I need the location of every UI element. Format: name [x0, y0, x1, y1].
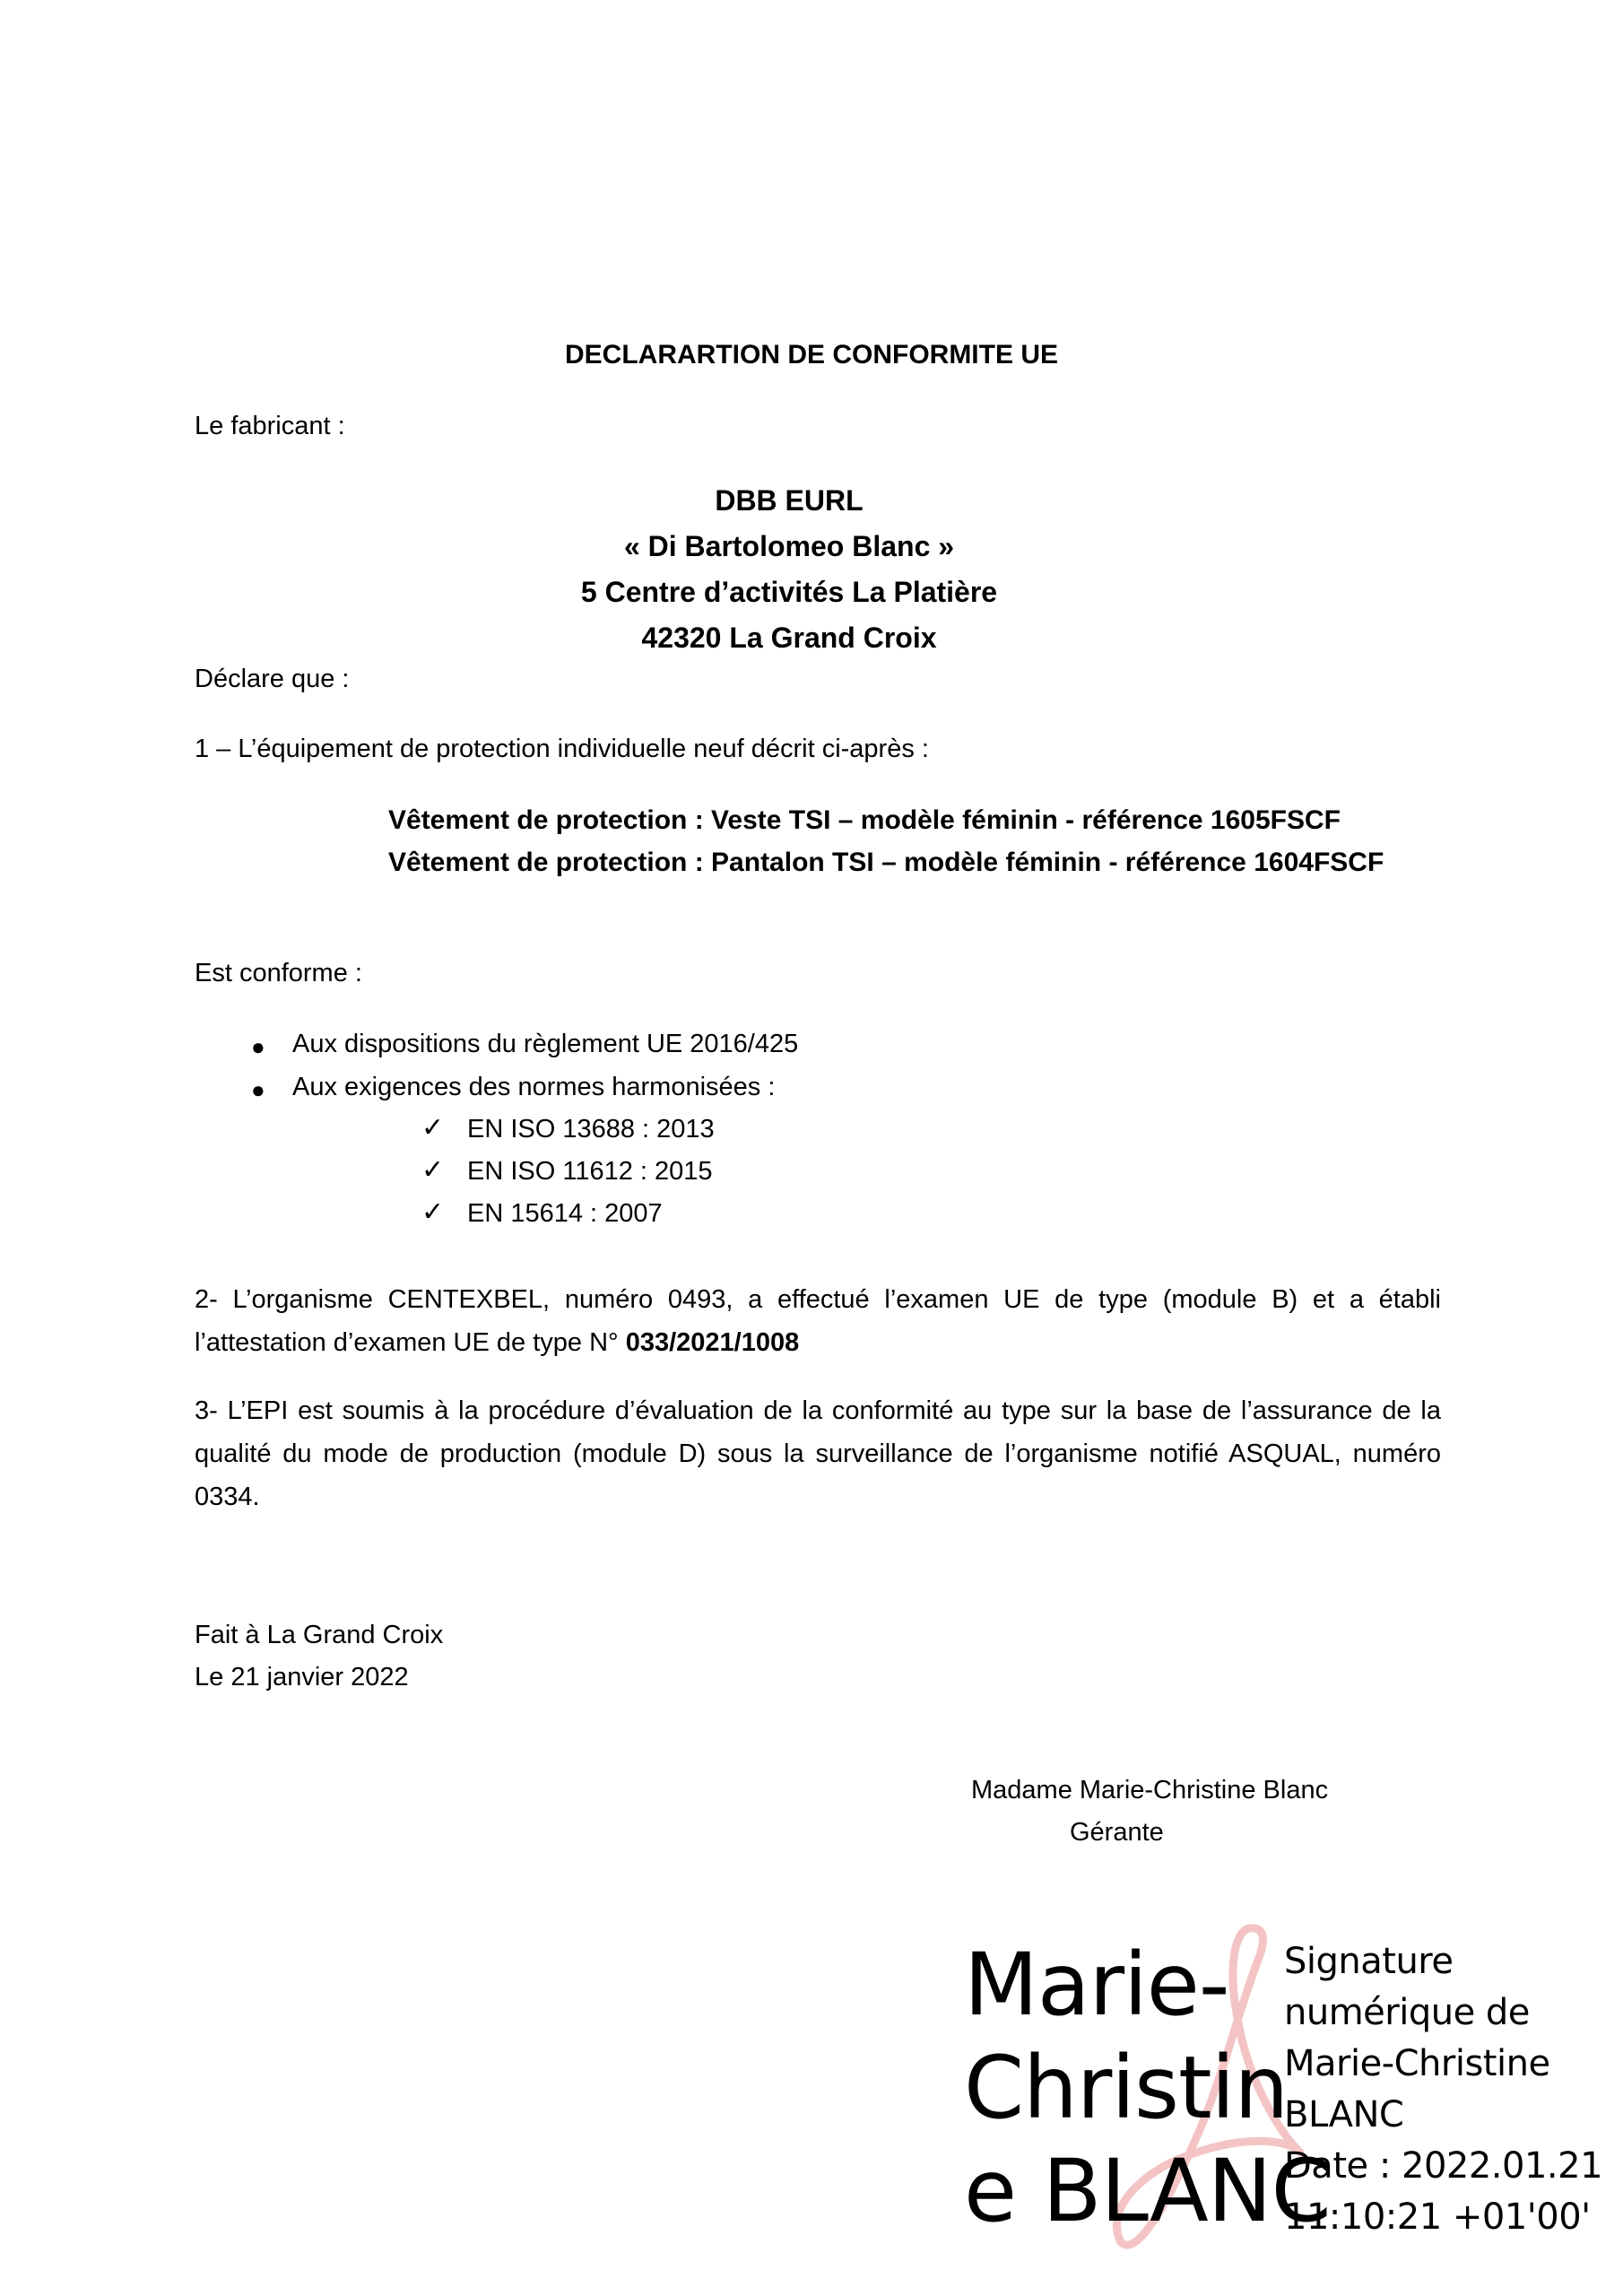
manufacturer-trade-name: « Di Bartolomeo Blanc »	[0, 530, 1601, 563]
section2-paragraph: 2- L’organisme CENTEXBEL, numéro 0493, a…	[195, 1278, 1441, 1364]
signature-info-line: numérique de	[1284, 1987, 1530, 2039]
product-line: Vêtement de protection : Pantalon TSI – …	[388, 848, 1384, 878]
section1-intro: 1 – L’équipement de protection individue…	[195, 736, 929, 762]
signature-info-line: BLANC	[1284, 2090, 1403, 2141]
bullet-icon: ●	[251, 1033, 265, 1061]
document-title: DECLARARTION DE CONFORMITE UE	[0, 340, 1623, 370]
signature-time-line: 11:10:21 +01'00'	[1284, 2192, 1591, 2243]
signature-name-line: Christin	[964, 2037, 1288, 2140]
product-line: Vêtement de protection : Veste TSI – mod…	[388, 805, 1341, 836]
certificate-number: 033/2021/1008	[626, 1328, 800, 1357]
section3-paragraph: 3- L’EPI est soumis à la procédure d’éva…	[195, 1389, 1441, 1518]
manufacturer-label: Le fabricant :	[195, 413, 345, 439]
signatory-role: Gérante	[1070, 1820, 1164, 1846]
standard-item: EN ISO 11612 : 2015	[467, 1159, 713, 1185]
bullet-icon: ●	[251, 1076, 265, 1104]
signature-date-line: Date : 2022.01.21	[1284, 2141, 1602, 2192]
signatory-name: Madame Marie-Christine Blanc	[971, 1778, 1328, 1804]
standard-item: EN 15614 : 2007	[467, 1201, 663, 1227]
conformity-item: Aux exigences des normes harmonisées :	[292, 1074, 775, 1100]
section2-text: 2- L’organisme CENTEXBEL, numéro 0493, a…	[195, 1285, 1441, 1357]
manufacturer-address: 5 Centre d’activités La Platière	[0, 576, 1601, 609]
checkmark-icon: ✓	[421, 1196, 444, 1228]
manufacturer-city: 42320 La Grand Croix	[0, 622, 1601, 655]
checkmark-icon: ✓	[421, 1112, 444, 1144]
signature-name-line: Marie-	[964, 1934, 1229, 2037]
place-text: Fait à La Grand Croix	[195, 1622, 443, 1648]
declares-label: Déclare que :	[195, 666, 350, 692]
signature-info-line: Signature	[1284, 1936, 1453, 1987]
manufacturer-name: DBB EURL	[0, 484, 1601, 517]
signature-info-line: Marie-Christine	[1284, 2039, 1550, 2090]
date-text: Le 21 janvier 2022	[195, 1665, 409, 1691]
conformity-item: Aux dispositions du règlement UE 2016/42…	[292, 1031, 798, 1057]
conformity-label: Est conforme :	[195, 961, 362, 987]
standard-item: EN ISO 13688 : 2013	[467, 1117, 715, 1143]
signature-name-line: e BLANC	[964, 2140, 1331, 2243]
checkmark-icon: ✓	[421, 1154, 444, 1186]
